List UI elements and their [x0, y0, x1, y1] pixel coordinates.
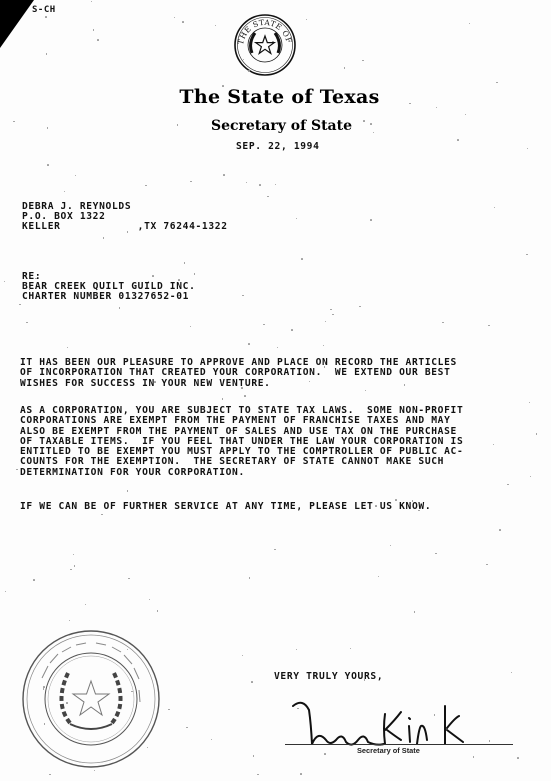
charter-number: CHARTER NUMBER 01327652-01 [22, 292, 196, 302]
scan-speck [19, 304, 21, 306]
scan-speck [494, 207, 496, 209]
scan-speck [469, 23, 471, 25]
scan-speck [127, 490, 129, 492]
closing-salutation: VERY TRULY YOURS, [274, 672, 383, 682]
scan-speck [75, 175, 77, 177]
scan-speck [253, 755, 255, 757]
scan-speck [244, 395, 246, 397]
scan-speck [33, 579, 35, 581]
scan-speck [378, 576, 380, 578]
scan-speck [324, 366, 326, 368]
scan-speck [395, 499, 397, 501]
scan-speck [291, 329, 293, 331]
scan-speck [457, 139, 459, 141]
scan-speck [344, 67, 346, 69]
scan-speck [145, 185, 147, 187]
scan-speck [496, 82, 498, 84]
scan-speck [489, 740, 491, 742]
recipient-address: DEBRA J. REYNOLDSP.O. BOX 1322KELLER ,TX… [22, 202, 228, 232]
scan-speck [301, 258, 303, 260]
body-paragraph-service: IF WE CAN BE OF FURTHER SERVICE AT ANY T… [20, 502, 431, 512]
scan-speck [263, 324, 265, 326]
scan-speck [248, 343, 250, 345]
scan-speck [325, 321, 327, 323]
scan-speck [97, 39, 99, 41]
scan-speck [536, 433, 538, 435]
scan-speck [93, 29, 95, 31]
embossed-seal-icon [20, 628, 162, 770]
scan-speck [64, 191, 66, 193]
scan-speck [324, 753, 326, 755]
scan-speck [499, 529, 501, 531]
scan-speck [222, 85, 224, 87]
scan-speck [435, 553, 437, 555]
scan-speck [74, 565, 76, 567]
scan-speck [473, 756, 475, 758]
scan-speck [362, 60, 364, 62]
scan-speck [223, 174, 225, 176]
scan-speck [370, 123, 372, 125]
scan-speck [507, 484, 509, 486]
scan-speck [442, 322, 444, 324]
scan-speck [526, 254, 528, 256]
scan-speck [249, 577, 251, 579]
scan-speck [488, 325, 490, 327]
scan-speck [296, 218, 298, 220]
scan-speck [259, 184, 261, 186]
scan-speck [375, 505, 377, 507]
letterhead-subtitle: Secretary of State [12, 118, 551, 134]
scan-speck [184, 262, 186, 264]
scan-speck [131, 691, 133, 693]
signature-line [285, 744, 513, 745]
scan-speck [190, 181, 192, 183]
scan-speck [16, 469, 18, 471]
scan-speck [296, 649, 298, 651]
scan-speck [267, 196, 269, 198]
letter-date: SEP. 22, 1994 [236, 142, 320, 152]
scan-speck [493, 444, 495, 446]
scan-speck [277, 347, 279, 349]
scan-speck [359, 306, 361, 308]
state-seal-icon: THE STATE OF TEXAS [233, 13, 297, 77]
scan-speck [85, 604, 87, 606]
scan-speck [529, 402, 531, 404]
scan-speck [46, 53, 48, 55]
scan-speck [119, 307, 121, 309]
scan-speck [5, 591, 7, 593]
recipient-city-state-zip: KELLER ,TX 76244-1322 [22, 222, 228, 232]
scan-speck [26, 322, 28, 324]
scan-speck [101, 514, 103, 516]
scan-speck [300, 773, 302, 775]
scan-speck [29, 288, 31, 290]
scan-speck [47, 164, 49, 166]
scan-speck [215, 25, 217, 27]
scan-speck [149, 599, 151, 601]
scan-speck [13, 121, 15, 123]
scan-speck [45, 16, 47, 18]
scan-speck [91, 1, 93, 3]
signature-title: Secretary of State [357, 746, 420, 755]
scan-speck [332, 314, 334, 316]
scan-speck [275, 184, 277, 186]
scan-speck [152, 457, 154, 459]
scan-speck [370, 219, 372, 221]
scan-speck [222, 398, 224, 400]
scan-speck [174, 17, 176, 19]
scan-speck [186, 727, 188, 729]
handwritten-signature [285, 692, 525, 752]
scan-speck [404, 384, 406, 386]
subject-block: RE:BEAR CREEK QUILT GUILD INC.CHARTER NU… [22, 272, 196, 302]
scan-speck [49, 774, 51, 776]
scan-speck [251, 432, 253, 434]
scan-speck [66, 702, 68, 704]
reference-code: S-CH [32, 5, 56, 15]
letter-page: S-CH THE STATE OF TEXAS The State of Tex… [0, 0, 551, 781]
scan-speck [486, 564, 488, 566]
scan-speck [182, 21, 184, 23]
scan-speck [297, 708, 299, 710]
scan-speck [323, 345, 325, 347]
letterhead-title: The State of Texas [8, 86, 551, 108]
scan-speck [246, 182, 248, 184]
scan-speck [103, 237, 105, 239]
scan-speck [70, 569, 72, 571]
scan-speck [390, 545, 392, 547]
scan-speck [242, 655, 244, 657]
scan-speck [511, 672, 513, 674]
scan-speck [274, 549, 276, 551]
scan-speck [157, 610, 159, 612]
scan-speck [110, 412, 112, 414]
scan-speck [242, 295, 244, 297]
scan-speck [363, 120, 365, 122]
scan-speck [414, 611, 416, 613]
scan-speck [178, 279, 180, 281]
scan-speck [69, 620, 71, 622]
scan-speck [530, 476, 532, 478]
scan-speck [190, 326, 192, 328]
scan-speck [4, 281, 6, 283]
body-paragraph-tax: AS A CORPORATION, YOU ARE SUBJECT TO STA… [20, 406, 463, 478]
scan-speck [73, 554, 75, 556]
scan-speck [248, 70, 250, 72]
scan-speck [257, 774, 259, 776]
scan-speck [527, 148, 529, 150]
scan-speck [211, 739, 213, 741]
body-paragraph-approval: IT HAS BEEN OUR PLEASURE TO APPROVE AND … [20, 358, 457, 389]
scan-speck [251, 681, 253, 683]
scan-speck [168, 709, 170, 711]
scan-speck [350, 648, 352, 650]
scan-speck [154, 381, 156, 383]
scan-speck [67, 347, 69, 349]
scan-speck [306, 19, 308, 21]
scan-speck [272, 41, 274, 43]
scan-speck [465, 114, 467, 116]
scan-speck [128, 578, 130, 580]
folded-corner [0, 0, 34, 48]
scan-speck [330, 309, 332, 311]
scan-speck [152, 275, 154, 277]
scan-speck [241, 387, 243, 389]
scan-speck [43, 688, 45, 690]
scan-speck [365, 390, 367, 392]
scan-speck [517, 757, 519, 759]
